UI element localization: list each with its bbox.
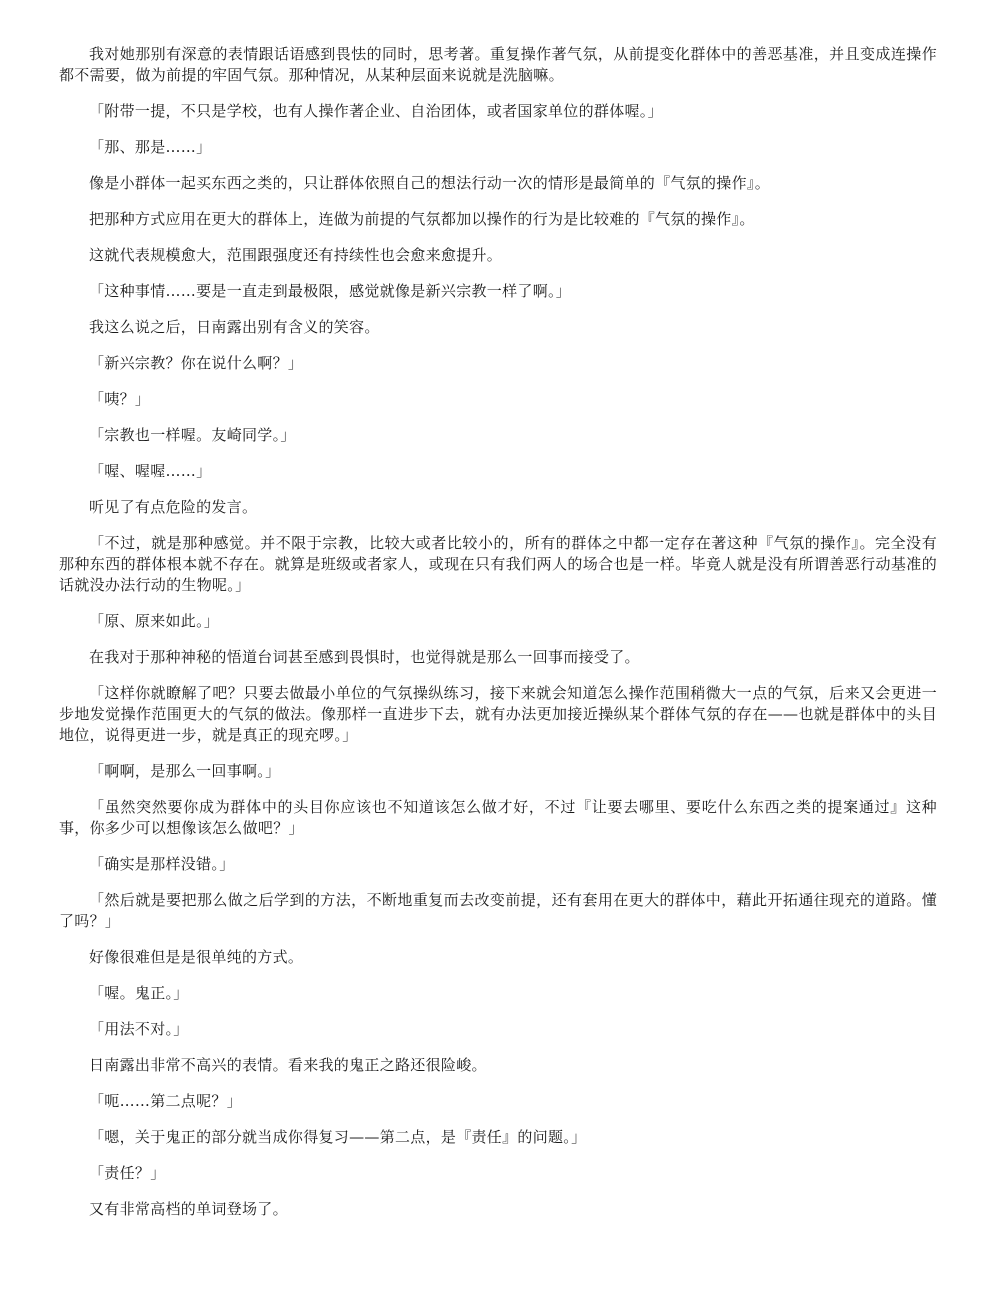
paragraph: 把那种方式应用在更大的群体上，连做为前提的气氛都加以操作的行为是比较难的『气氛的…	[59, 209, 937, 230]
paragraph: 像是小群体一起买东西之类的，只让群体依照自己的想法行动一次的情形是最简单的『气氛…	[59, 173, 937, 194]
paragraph: 好像很难但是是很单纯的方式。	[59, 947, 937, 968]
paragraph: 「宗教也一样喔。友崎同学。」	[59, 425, 937, 446]
paragraph: 我这么说之后，日南露出别有含义的笑容。	[59, 317, 937, 338]
paragraph: 「新兴宗教？你在说什么啊？」	[59, 353, 937, 374]
paragraph: 「原、原来如此。」	[59, 611, 937, 632]
paragraph: 「嗯，关于鬼正的部分就当成你得复习——第二点，是『责任』的问题。」	[59, 1127, 937, 1148]
paragraph: 「喔。鬼正。」	[59, 983, 937, 1004]
paragraph: 「呃……第二点呢？」	[59, 1091, 937, 1112]
paragraph: 「咦？」	[59, 389, 937, 410]
paragraph: 日南露出非常不高兴的表情。看来我的鬼正之路还很险峻。	[59, 1055, 937, 1076]
paragraph: 这就代表规模愈大，范围跟强度还有持续性也会愈来愈提升。	[59, 245, 937, 266]
paragraph: 「确实是那样没错。」	[59, 854, 937, 875]
paragraph: 又有非常高档的单词登场了。	[59, 1199, 937, 1220]
paragraph: 「用法不对。」	[59, 1019, 937, 1040]
paragraph: 「不过，就是那种感觉。并不限于宗教，比较大或者比较小的，所有的群体之中都一定存在…	[59, 533, 937, 596]
paragraph: 「这种事情……要是一直走到最极限，感觉就像是新兴宗教一样了啊。」	[59, 281, 937, 302]
paragraph: 「虽然突然要你成为群体中的头目你应该也不知道该怎么做才好，不过『让要去哪里、要吃…	[59, 797, 937, 839]
document-page: 我对她那别有深意的表情跟话语感到畏怯的同时，思考著。重复操作著气氛，从前提变化群…	[59, 44, 937, 1235]
paragraph: 我对她那别有深意的表情跟话语感到畏怯的同时，思考著。重复操作著气氛，从前提变化群…	[59, 44, 937, 86]
paragraph: 「这样你就瞭解了吧？只要去做最小单位的气氛操纵练习，接下来就会知道怎么操作范围稍…	[59, 683, 937, 746]
paragraph: 「责任？」	[59, 1163, 937, 1184]
paragraph: 在我对于那种神秘的悟道台词甚至感到畏惧时，也觉得就是那么一回事而接受了。	[59, 647, 937, 668]
paragraph: 「喔、喔喔……」	[59, 461, 937, 482]
paragraph: 「啊啊，是那么一回事啊。」	[59, 761, 937, 782]
paragraph: 「那、那是……」	[59, 137, 937, 158]
paragraph: 「附带一提，不只是学校，也有人操作著企业、自治团体，或者国家单位的群体喔。」	[59, 101, 937, 122]
paragraph: 听见了有点危险的发言。	[59, 497, 937, 518]
paragraph: 「然后就是要把那么做之后学到的方法，不断地重复而去改变前提，还有套用在更大的群体…	[59, 890, 937, 932]
